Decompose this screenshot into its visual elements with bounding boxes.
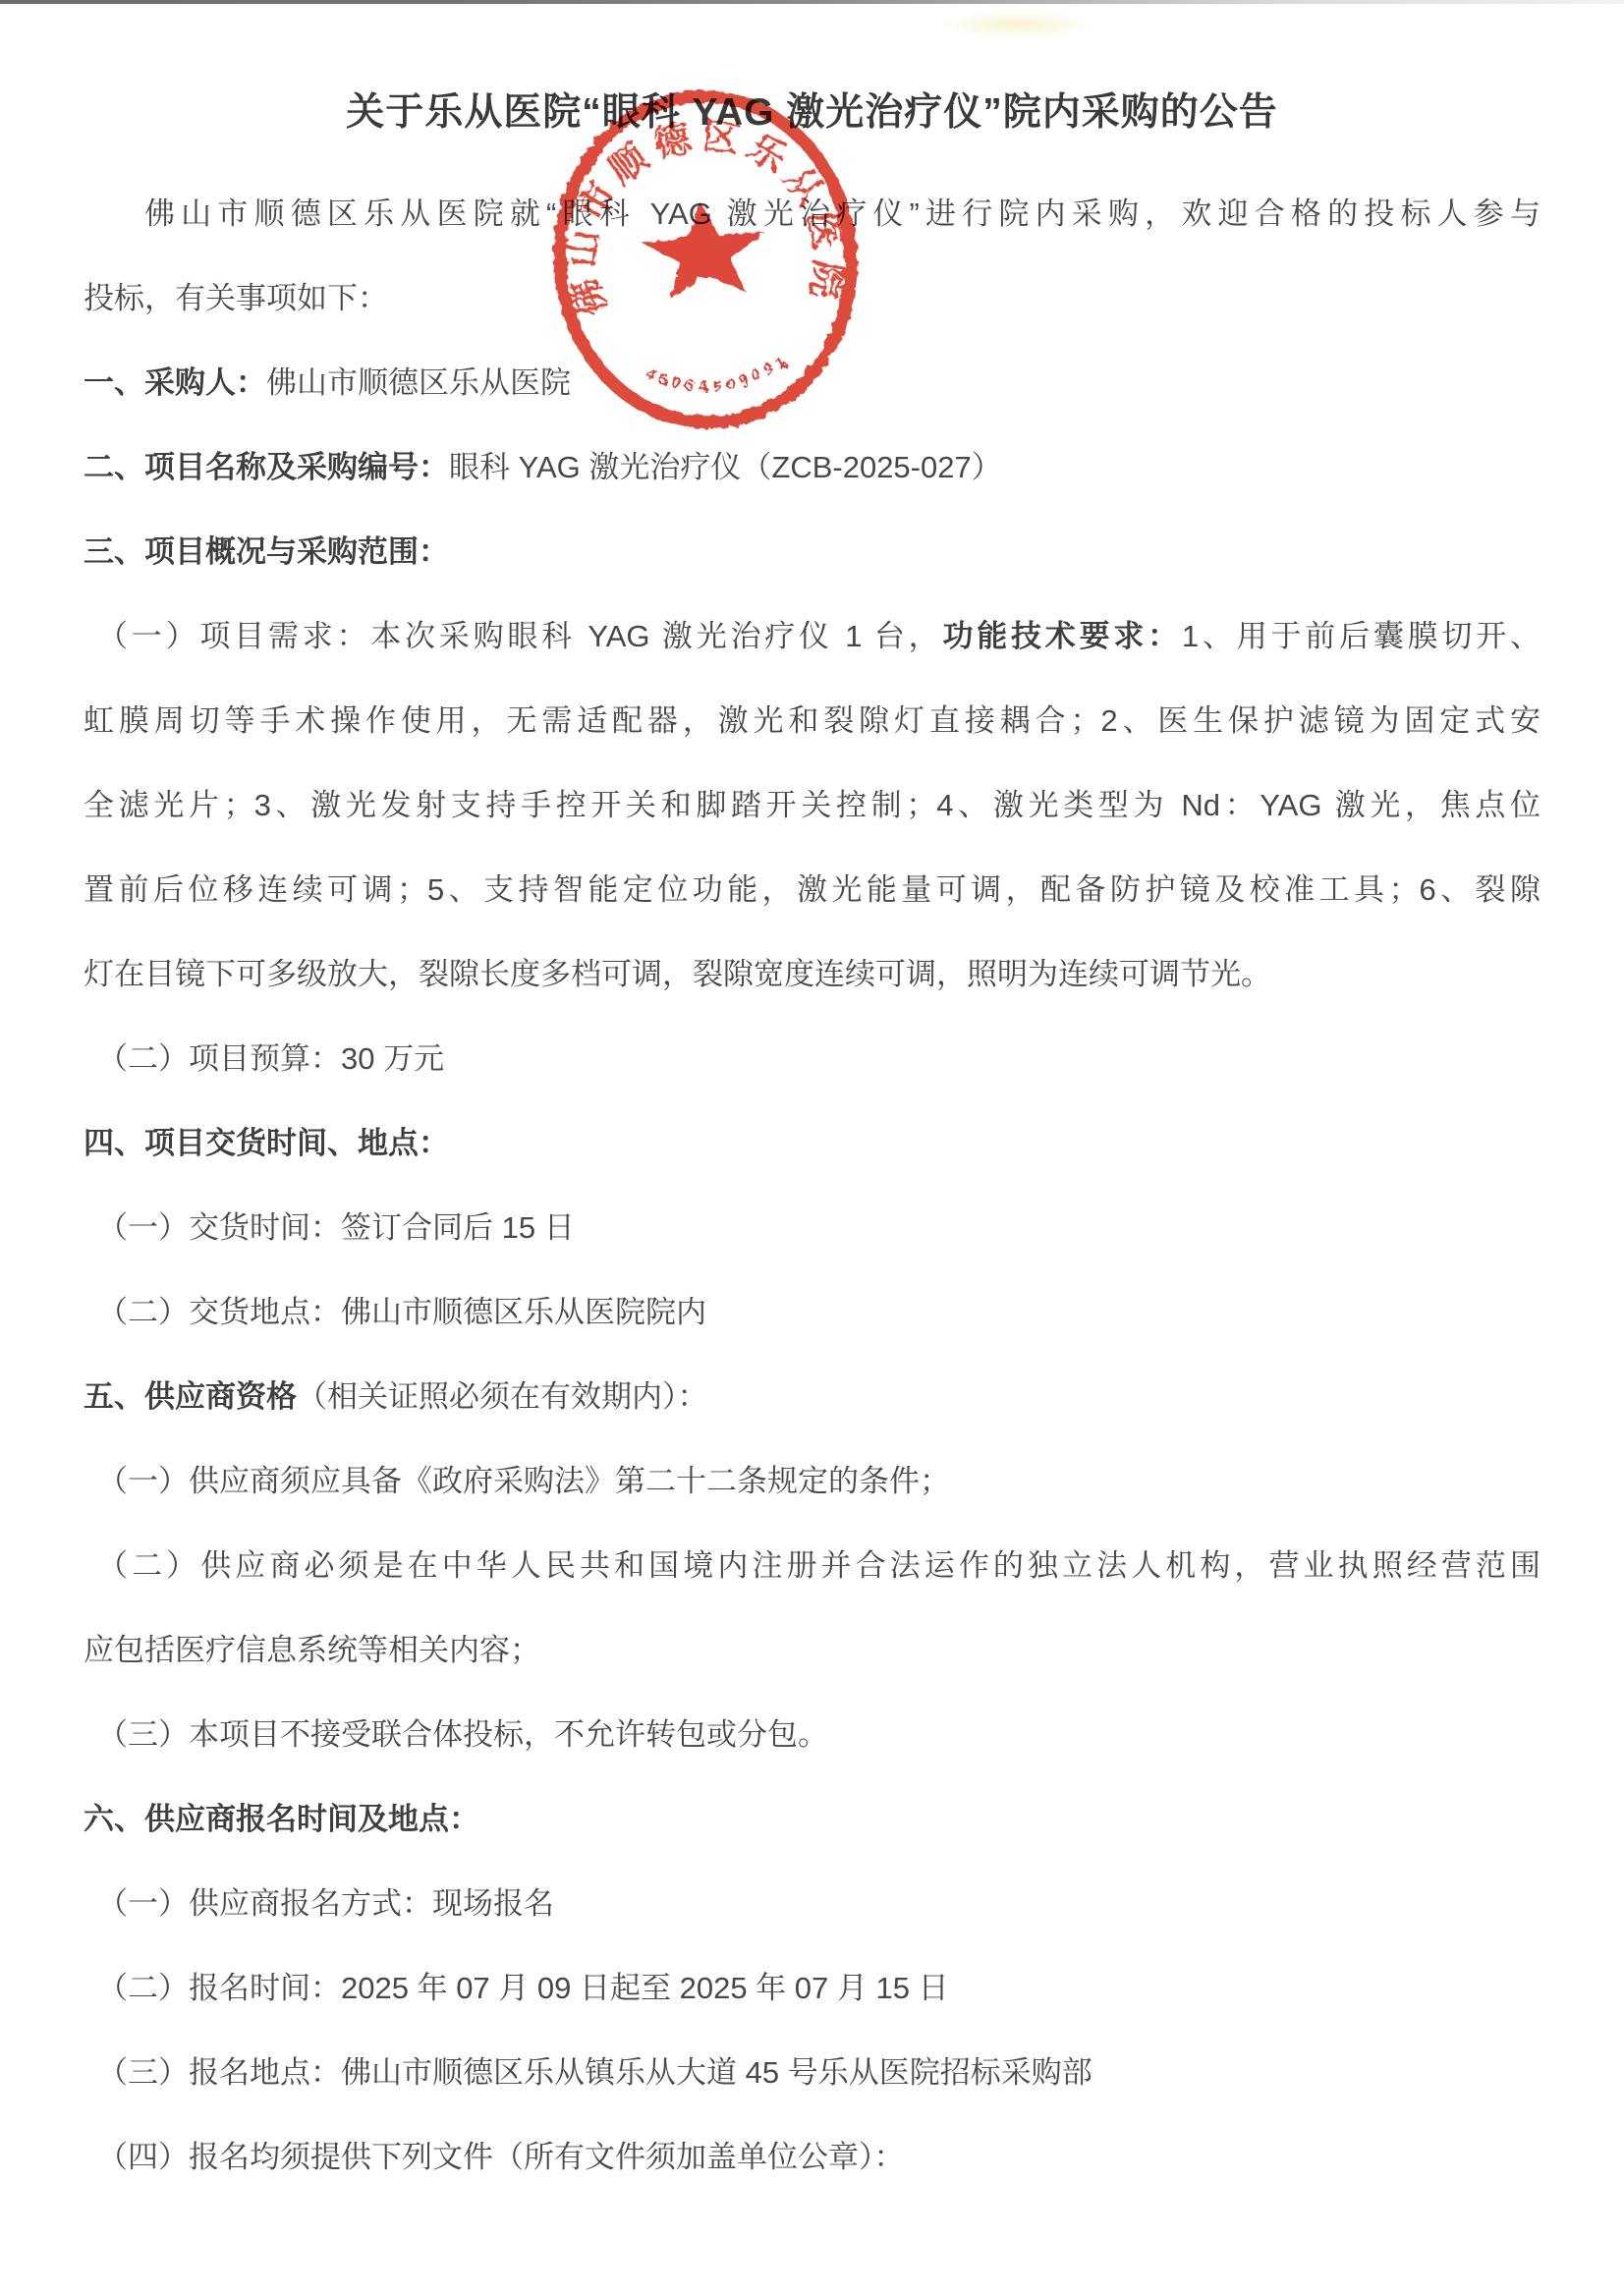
line-segment: 灯在目镜下可多级放大，裂隙长度多档可调，裂隙宽度连续可调，照明为连续可调节光。 xyxy=(84,957,1271,991)
line-segment: （三）本项目不接受联合体投标，不允许转包或分包。 xyxy=(97,1717,828,1752)
document-line: 三、项目概况与采购范围： xyxy=(84,510,1540,594)
document-line: （一）供应商报名方式：现场报名 xyxy=(84,1862,1540,1946)
line-segment: （二）供应商必须是在中华人民共和国境内注册并合法运作的独立法人机构，营业执照经营… xyxy=(97,1548,1540,1583)
line-segment: （一）供应商须应具备《政府采购法》第二十二条规定的条件； xyxy=(97,1464,950,1498)
line-segment: （二）交货地点：佛山市顺德区乐从医院院内 xyxy=(97,1295,706,1329)
document-line: 六、供应商报名时间及地点： xyxy=(84,1777,1540,1862)
line-segment-bold: 四、项目交货时间、地点： xyxy=(84,1126,449,1160)
document-line: （二）供应商必须是在中华人民共和国境内注册并合法运作的独立法人机构，营业执照经营… xyxy=(84,1524,1540,1608)
document-line: （一）供应商须应具备《政府采购法》第二十二条规定的条件； xyxy=(84,1439,1540,1524)
line-segment: （一）供应商报名方式：现场报名 xyxy=(97,1886,554,1921)
line-segment-bold: 六、供应商报名时间及地点： xyxy=(84,1802,479,1836)
document-line: 置前后位移连续可调；5、支持智能定位功能，激光能量可调，配备防护镜及校准工具；6… xyxy=(84,848,1540,932)
document-line: （四）报名均须提供下列文件（所有文件须加盖单位公章）： xyxy=(84,2115,1540,2200)
line-segment: （一）交货时间：签订合同后 15 日 xyxy=(97,1210,575,1245)
document-content: 关于乐从医院“眼科 YAG 激光治疗仪”院内采购的公告 佛山市顺德区乐从医院就“… xyxy=(84,0,1540,2200)
line-segment: 投标，有关事项如下： xyxy=(84,281,388,315)
document-line: 全滤光片；3、激光发射支持手控开关和脚踏开关控制；4、激光类型为 Nd：YAG … xyxy=(84,763,1540,848)
line-segment: （二）项目预算：30 万元 xyxy=(97,1041,444,1076)
document-line: 五、供应商资格（相关证照必须在有效期内）： xyxy=(84,1355,1540,1439)
line-segment: 佛山市顺德区乐从医院 xyxy=(266,365,571,400)
document-line: 二、项目名称及采购编号：眼科 YAG 激光治疗仪（ZCB-2025-027） xyxy=(84,425,1540,510)
document-line: 应包括医疗信息系统等相关内容； xyxy=(84,1608,1540,1693)
document-title: 关于乐从医院“眼科 YAG 激光治疗仪”院内采购的公告 xyxy=(84,0,1540,136)
document-line: （三）本项目不接受联合体投标，不允许转包或分包。 xyxy=(84,1693,1540,1777)
line-segment-bold: 功能技术要求： xyxy=(942,619,1181,653)
document-line: 灯在目镜下可多级放大，裂隙长度多档可调，裂隙宽度连续可调，照明为连续可调节光。 xyxy=(84,932,1540,1017)
document-line: 一、采购人：佛山市顺德区乐从医院 xyxy=(84,341,1540,425)
document-page: 关于乐从医院“眼科 YAG 激光治疗仪”院内采购的公告 佛山市顺德区乐从医院就“… xyxy=(0,0,1624,2295)
line-segment: 置前后位移连续可调；5、支持智能定位功能，激光能量可调，配备防护镜及校准工具；6… xyxy=(84,872,1540,907)
line-segment: （一）项目需求：本次采购眼科 YAG 激光治疗仪 1 台， xyxy=(97,619,942,653)
line-segment: 佛山市顺德区乐从医院就“眼科 YAG 激光治疗仪”进行院内采购，欢迎合格的投标人… xyxy=(144,196,1540,231)
document-line: （二）报名时间：2025 年 07 月 09 日起至 2025 年 07 月 1… xyxy=(84,1946,1540,2031)
line-segment: 虹膜周切等手术操作使用，无需适配器，激光和裂隙灯直接耦合；2、医生保护滤镜为固定… xyxy=(84,703,1540,738)
line-segment: （相关证照必须在有效期内）： xyxy=(297,1379,708,1414)
document-line: 四、项目交货时间、地点： xyxy=(84,1101,1540,1186)
document-line: 投标，有关事项如下： xyxy=(84,256,1540,341)
document-line: （一）项目需求：本次采购眼科 YAG 激光治疗仪 1 台，功能技术要求：1、用于… xyxy=(84,594,1540,679)
line-segment: 全滤光片；3、激光发射支持手控开关和脚踏开关控制；4、激光类型为 Nd：YAG … xyxy=(84,788,1540,822)
document-line: （三）报名地点：佛山市顺德区乐从镇乐从大道 45 号乐从医院招标采购部 xyxy=(84,2031,1540,2115)
line-segment: 眼科 YAG 激光治疗仪（ZCB-2025-027） xyxy=(449,450,1002,484)
document-line: （一）交货时间：签订合同后 15 日 xyxy=(84,1186,1540,1270)
line-segment: （二）报名时间：2025 年 07 月 09 日起至 2025 年 07 月 1… xyxy=(97,1971,949,2005)
document-lines: 佛山市顺德区乐从医院就“眼科 YAG 激光治疗仪”进行院内采购，欢迎合格的投标人… xyxy=(84,172,1540,2200)
document-line: （二）项目预算：30 万元 xyxy=(84,1017,1540,1101)
line-segment-bold: 三、项目概况与采购范围： xyxy=(84,534,449,569)
line-segment-bold: 一、采购人： xyxy=(84,365,266,400)
document-line: （二）交货地点：佛山市顺德区乐从医院院内 xyxy=(84,1270,1540,1355)
line-segment: 1、用于前后囊膜切开、 xyxy=(1182,619,1540,653)
line-segment: （三）报名地点：佛山市顺德区乐从镇乐从大道 45 号乐从医院招标采购部 xyxy=(97,2055,1092,2090)
document-line: 虹膜周切等手术操作使用，无需适配器，激光和裂隙灯直接耦合；2、医生保护滤镜为固定… xyxy=(84,679,1540,763)
line-segment: （四）报名均须提供下列文件（所有文件须加盖单位公章）： xyxy=(97,2140,905,2174)
line-segment-bold: 二、项目名称及采购编号： xyxy=(84,450,449,484)
line-segment: 应包括医疗信息系统等相关内容； xyxy=(84,1633,540,1667)
document-line: 佛山市顺德区乐从医院就“眼科 YAG 激光治疗仪”进行院内采购，欢迎合格的投标人… xyxy=(84,172,1540,256)
line-segment-bold: 五、供应商资格 xyxy=(84,1379,297,1414)
